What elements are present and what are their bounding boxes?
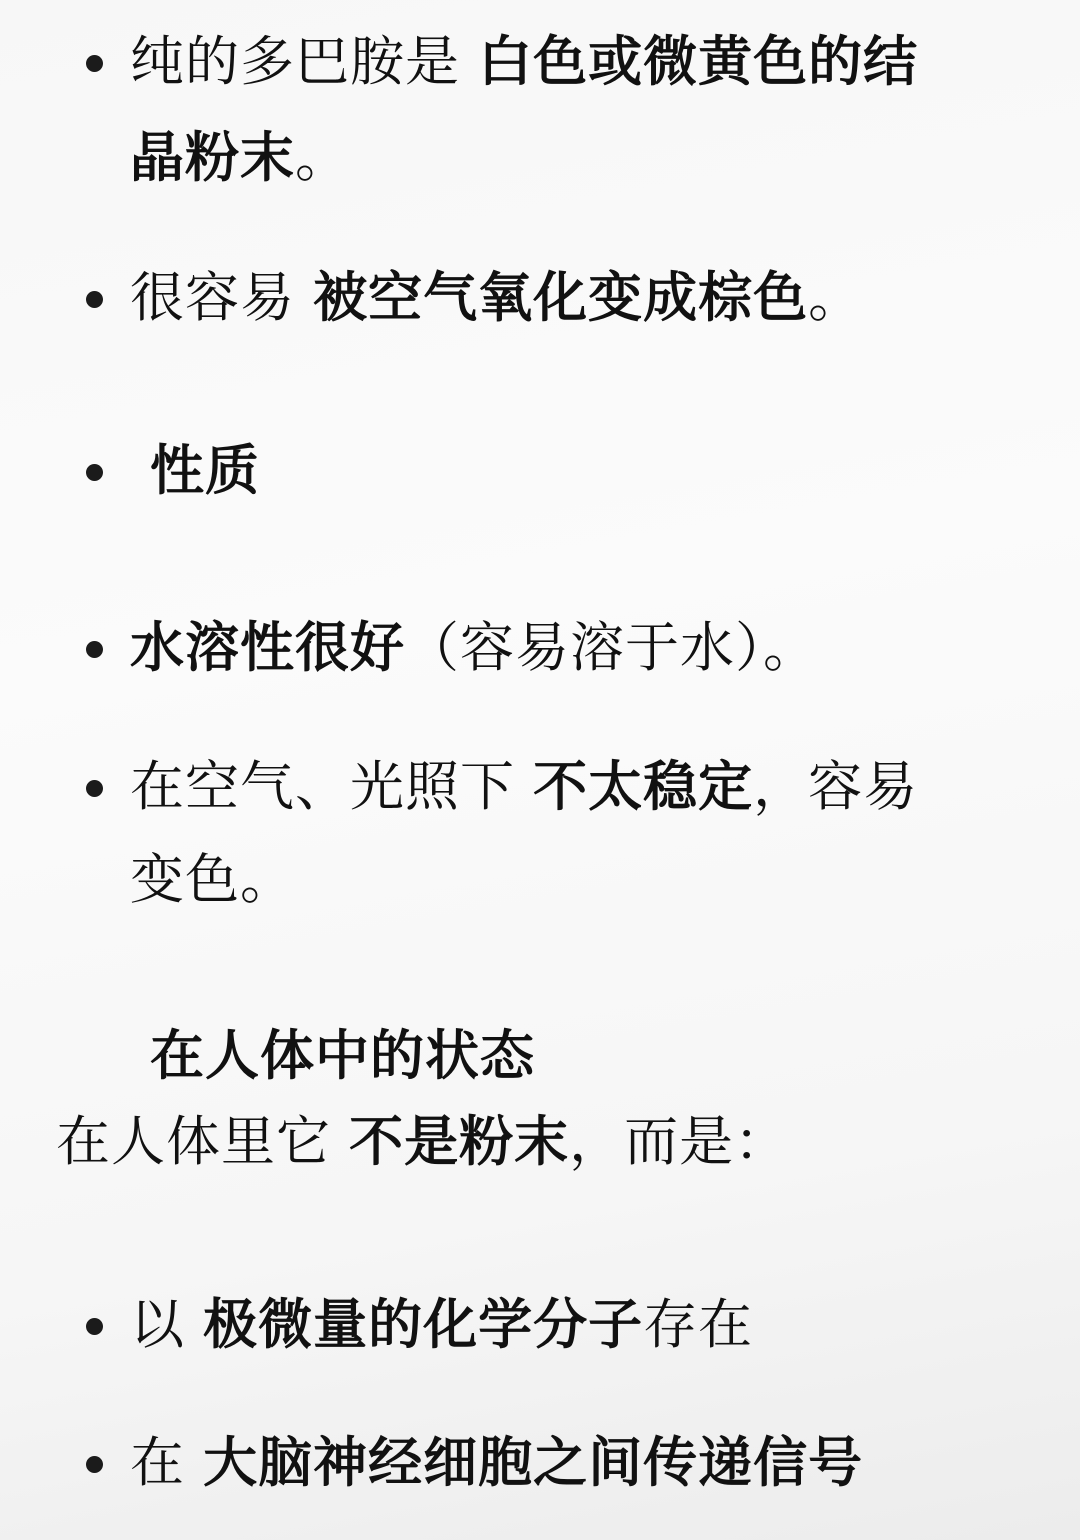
text-bold: 白色或微黄色的结 bbox=[478, 30, 918, 93]
bullet-dot bbox=[86, 55, 103, 72]
text-normal: 纯的多巴胺是 bbox=[130, 30, 478, 93]
heading-text: 在人体中的状态 bbox=[150, 1024, 535, 1087]
text-bold: 极微量的化学分子 bbox=[203, 1293, 643, 1356]
section-heading-in-body: 在人体中的状态 bbox=[150, 1010, 535, 1102]
text-normal: ，容易 bbox=[753, 755, 918, 818]
bullet-dot bbox=[86, 641, 103, 658]
bullet-dot bbox=[86, 780, 103, 797]
text-normal: 。 bbox=[295, 126, 350, 189]
text-normal: ，而是： bbox=[569, 1110, 789, 1173]
text-bold: 不是粉末 bbox=[349, 1110, 569, 1173]
text-bold: 性质 bbox=[150, 439, 260, 502]
list-item-signaling: 在 大脑神经细胞之间传递信号 bbox=[130, 1417, 863, 1509]
text-bold: 被空气氧化变成棕色 bbox=[313, 266, 808, 329]
text-bold: 水溶性很好 bbox=[130, 616, 405, 679]
text-normal: 在人体里它 bbox=[56, 1110, 349, 1173]
text-bold: 不太稳定 bbox=[533, 755, 753, 818]
text-normal: 在 bbox=[130, 1431, 203, 1494]
text-normal: 在空气、光照下 bbox=[130, 755, 533, 818]
list-item-stability: 在空气、光照下 不太稳定，容易 bbox=[130, 741, 918, 833]
bullet-dot bbox=[86, 1318, 103, 1335]
list-item-stability-continued: 变色。 bbox=[130, 834, 295, 926]
section-heading-properties: 性质 bbox=[150, 425, 260, 517]
list-item-molecules: 以 极微量的化学分子存在 bbox=[130, 1279, 753, 1371]
bullet-dot bbox=[86, 464, 103, 481]
text-normal: （容易溶于水）。 bbox=[405, 616, 818, 679]
text-bold: 晶粉末 bbox=[130, 126, 295, 189]
bullet-dot bbox=[86, 1456, 103, 1473]
text-normal: 以 bbox=[130, 1293, 203, 1356]
text-normal: 。 bbox=[808, 266, 863, 329]
text-bold: 大脑神经细胞之间传递信号 bbox=[203, 1431, 863, 1494]
list-item-oxidation: 很容易 被空气氧化变成棕色。 bbox=[130, 252, 863, 344]
list-item-appearance-continued: 晶粉末。 bbox=[130, 112, 350, 204]
text-normal: 很容易 bbox=[130, 266, 313, 329]
text-normal: 变色。 bbox=[130, 848, 295, 911]
list-item-solubility: 水溶性很好（容易溶于水）。 bbox=[130, 602, 818, 694]
paragraph-in-body: 在人体里它 不是粉末，而是： bbox=[56, 1096, 789, 1188]
bullet-dot bbox=[86, 291, 103, 308]
text-normal: 存在 bbox=[643, 1293, 753, 1356]
list-item-appearance: 纯的多巴胺是 白色或微黄色的结 bbox=[130, 16, 918, 108]
